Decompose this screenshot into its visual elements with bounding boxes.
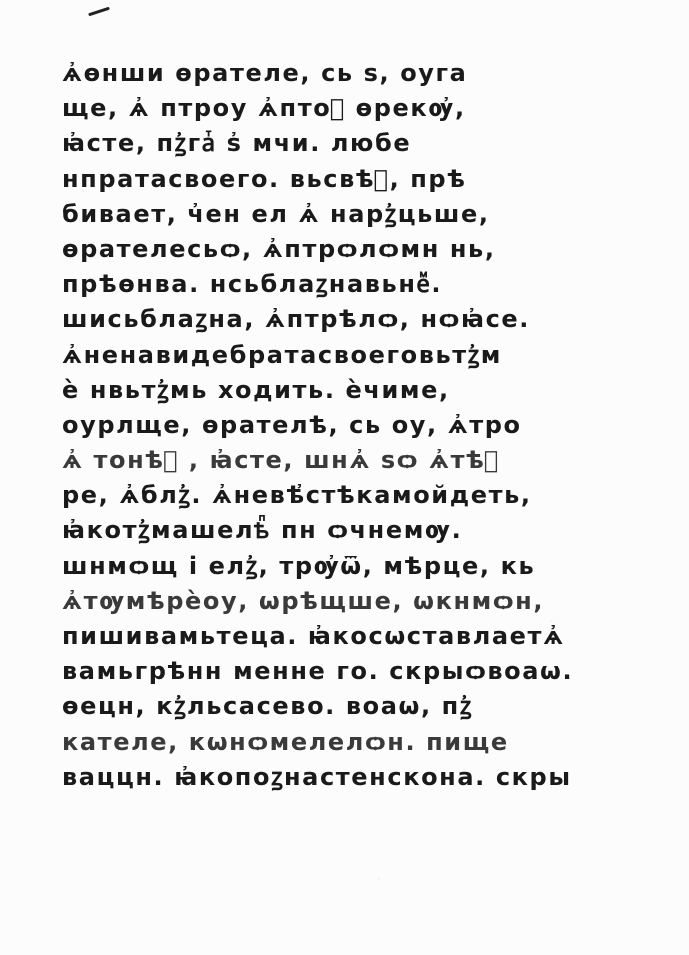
text-line-9: ѧ҆ненавидебратасвоеговьтꙁ҆м — [62, 338, 662, 373]
text-line-12: ѧ҆ тонѣⷬ , ꙗ҆сте, шнѧ҆ ѕѻ ѧ҆тѣⷩ — [62, 443, 662, 478]
text-line-10: ѐ нвьтꙁ҆мь ходить. ѐчиме, — [62, 373, 662, 408]
text-line-4: нпратасвоего. вьсвѣⷮ, прѣ — [62, 162, 662, 197]
text-line-18: вамьгрѣнн менне го. скрыѻвоаѡ. — [62, 654, 662, 689]
text-line-19: ѳецн, кꙁ҆льсасево. воаѡ, пꙁ҆ — [62, 689, 662, 724]
text-line-21: ваццн. ꙗ҆копоꙁнастенсконa. скры — [62, 760, 662, 795]
text-line-6: ѳрателесьѻ, ѧ҆птрѻлѻмн нь, — [62, 232, 662, 267]
text-line-3: ꙗ҆сте, пꙁ҆гаⷮ ѕ҆ мчи. любе — [62, 126, 662, 161]
text-line-2: ще, ѧ҆ птроу ѧ҆птоⷪ ѳрекѹ҆, — [62, 91, 662, 126]
overline-mark — [88, 7, 110, 17]
text-line-1: ѧ҆ѳнши ѳрателе, сь ѕ, оуга — [62, 56, 662, 91]
manuscript-page: ѧ҆ѳнши ѳрателе, сь ѕ, оуга ще, ѧ҆ птроу … — [0, 0, 689, 955]
text-line-15: шнмѻщ і елꙁ҆, трѹ҆ѿ, мѣрце, кь — [62, 549, 662, 584]
text-line-16: ѧ҆тѹмѣрѐоу, ѡрѣщше, ѡкнмѻн, — [62, 584, 662, 619]
text-line-14: ꙗ҆котꙁ҆машелѣⷫ пн ѻчнемѹ. — [62, 513, 662, 548]
text-line-7: прѣѳнва. нсьблаꙁнавьнеⷨ. — [62, 267, 662, 302]
manuscript-text-block: ѧ҆ѳнши ѳрателе, сь ѕ, оуга ще, ѧ҆ птроу … — [62, 42, 662, 795]
text-line-17: пишивамьтеца. ꙗ҆косѡставлаетѧ҆ — [62, 619, 662, 654]
text-line-8: шисьблаꙁна, ѧ҆птрѣлѻ, нѻꙗ҆се. — [62, 302, 662, 337]
text-line-11: оурлще, ѳрателѣ, сь оу, ѧ҆тро — [62, 408, 662, 443]
text-line-13: ре, ѧ҆блꙁ҆. ѧ҆невѣ҆стѣкамойдеть, — [62, 478, 662, 513]
text-line-5: бивает, ч҆ен ел ѧ҆ нарꙁ҆цьше, — [62, 197, 662, 232]
text-line-20: кателе, кѡнѻмелелѻн. пище — [62, 725, 662, 760]
